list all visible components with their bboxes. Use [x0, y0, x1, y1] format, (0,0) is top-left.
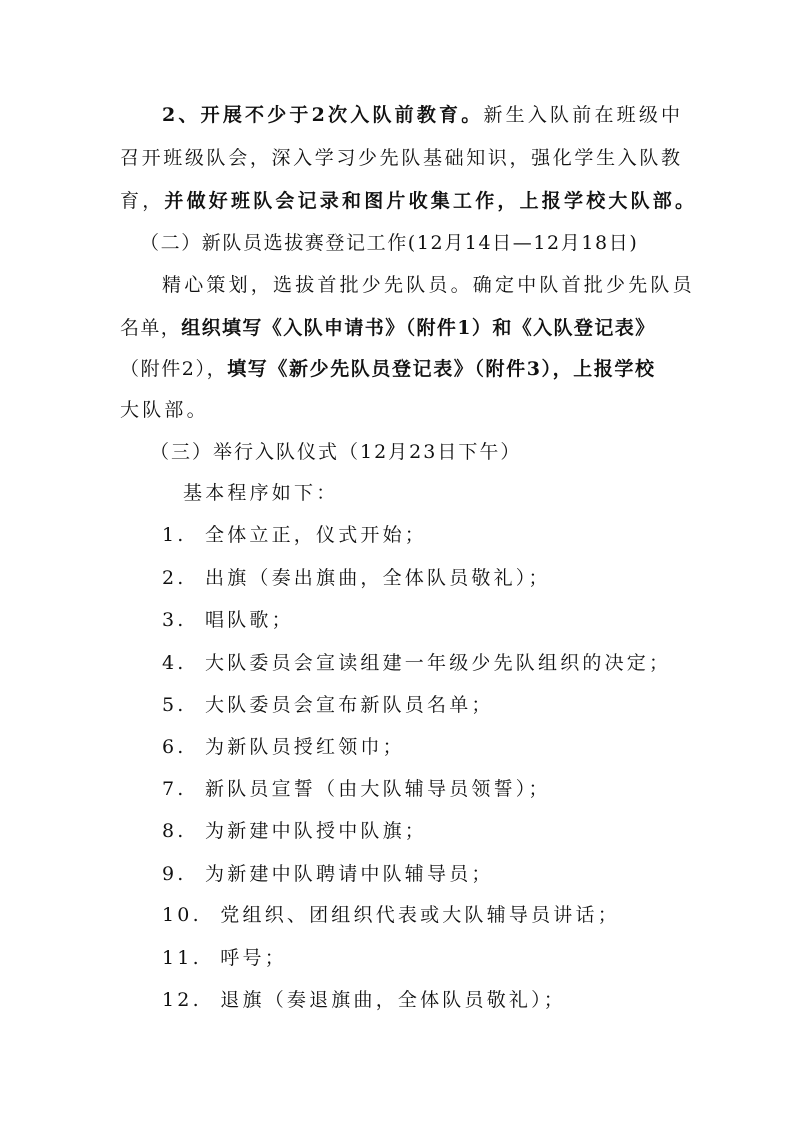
item2-lead: 2、开展不少于2次入队前教育。	[162, 104, 483, 126]
step-9: 9. 为新建中队聘请中队辅导员；	[162, 862, 722, 886]
item2-line3: 育，并做好班队会记录和图片收集工作，上报学校大队部。	[120, 189, 680, 213]
section2-line1: 精心策划，选拔首批少先队员。确定中队首批少先队员	[162, 273, 722, 297]
item2-line1: 2、开展不少于2次入队前教育。新生入队前在班级中	[162, 103, 722, 127]
step-11: 11. 呼号；	[162, 946, 722, 970]
section2-line3-bold: 填写《新少先队员登记表》（附件3），上报学校	[227, 358, 655, 380]
step-1: 1. 全体立正，仪式开始；	[162, 523, 722, 547]
step-2: 2. 出旗（奏出旗曲，全体队员敬礼）；	[162, 566, 722, 590]
item2-line2: 召开班级队会，深入学习少先队基础知识，强化学生入队教	[120, 146, 680, 170]
step-10: 10. 党组织、团组织代表或大队辅导员讲话；	[162, 903, 722, 927]
section2-line3-a: （附件2），	[120, 358, 227, 380]
step-4: 4. 大队委员会宣读组建一年级少先队组织的决定；	[162, 651, 722, 675]
item2-line3-bold: 并做好班队会记录和图片收集工作，上报学校大队部。	[164, 190, 697, 212]
item2-line1-rest: 新生入队前在班级中	[483, 104, 683, 126]
section3-heading: （三）举行入队仪式（12月23日下午）	[150, 440, 710, 464]
section2-line3: （附件2），填写《新少先队员登记表》（附件3），上报学校	[120, 357, 680, 381]
step-12: 12. 退旗（奏退旗曲，全体队员敬礼）；	[162, 988, 722, 1012]
section2-heading: （二）新队员选拔赛登记工作(12月14日—12月18日)	[140, 231, 700, 255]
step-6: 6. 为新队员授红领巾；	[162, 735, 722, 759]
step-5: 5. 大队委员会宣布新队员名单；	[162, 693, 722, 717]
section3-intro: 基本程序如下：	[183, 481, 743, 505]
step-8: 8. 为新建中队授中队旗；	[162, 819, 722, 843]
section2-line2: 名单，组织填写《入队申请书》（附件1）和《入队登记表》	[120, 316, 680, 340]
step-7: 7. 新队员宣誓（由大队辅导员领誓）；	[162, 777, 722, 801]
item2-line3-start: 育，	[120, 190, 164, 212]
section2-line2-bold: 组织填写《入队申请书》（附件1）和《入队登记表》	[181, 317, 655, 339]
step-3: 3. 唱队歌；	[162, 608, 722, 632]
section2-line4: 大队部。	[120, 398, 680, 422]
section2-line2-start: 名单，	[120, 317, 181, 339]
